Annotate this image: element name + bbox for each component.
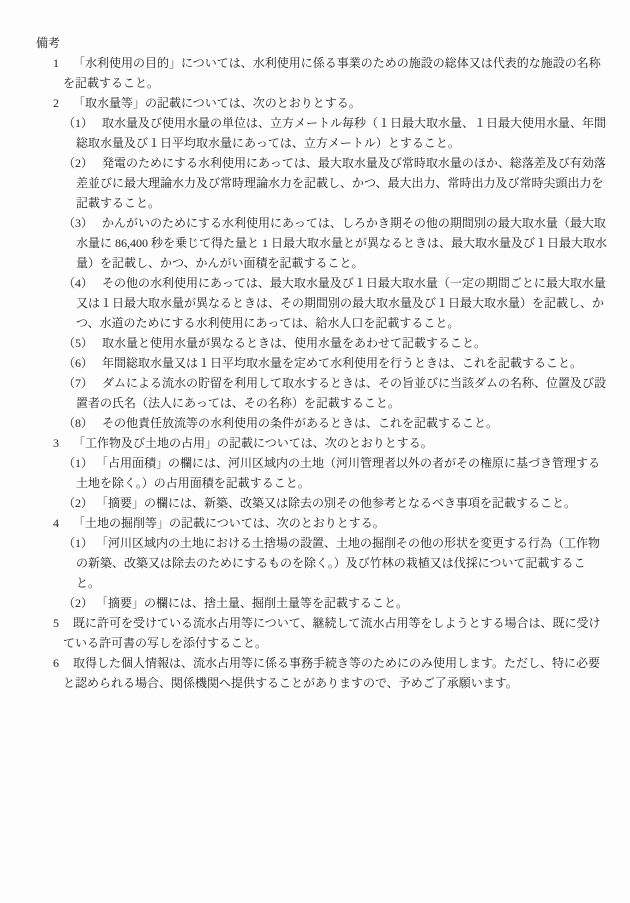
sub-item-number: （4） [63, 276, 93, 290]
sub-item-text: 「摘要」の欄には、新築、改築又は除去の別その他参考となるべき事項を記載すること。 [102, 496, 576, 510]
item-number: 3 [53, 436, 59, 450]
sub-item-3-1: （1）「占用面積」の欄には、河川区域内の土地（河川管理者以外の者がその権原に基づ… [36, 453, 608, 493]
sub-item-text: 発電のためにする水利使用にあっては、最大取水量及び常時取水量のほか、総落差及び有… [76, 156, 606, 210]
sub-item-text: 「占用面積」の欄には、河川区域内の土地（河川管理者以外の者がその権原に基づき管理… [76, 456, 600, 490]
item-text: 「水利使用の目的」については、水利使用に係る事業のための施設の総体又は代表的な施… [63, 56, 601, 90]
note-item-3: 3「工作物及び土地の占用」の記載については、次のとおりとする。 [36, 433, 608, 453]
sub-item-2-1: （1）取水量及び使用水量の単位は、立方メートル毎秒（１日最大取水量、１日最大使用… [36, 113, 608, 153]
sub-item-number: （7） [63, 376, 93, 390]
note-item-1: 1「水利使用の目的」については、水利使用に係る事業のための施設の総体又は代表的な… [36, 53, 608, 93]
note-item-2: 2「取水量等」の記載については、次のとおりとする。 [36, 93, 608, 113]
note-item-6: 6取得した個人情報は、流水占用等に係る事務手続き等のためにのみ使用します。ただし… [36, 653, 608, 693]
remarks-heading: 備考 [36, 33, 608, 53]
sub-item-text: 「河川区域内の土地における土捨場の設置、土地の掘削その他の形状を変更する行為（工… [76, 536, 600, 590]
sub-item-number: （2） [63, 156, 93, 170]
sub-item-text: 取水量及び使用水量の単位は、立方メートル毎秒（１日最大取水量、１日最大使用水量、… [76, 116, 606, 150]
note-item-4: 4「土地の掘削等」の記載については、次のとおりとする。 [36, 513, 608, 533]
sub-item-4-2: （2）「摘要」の欄には、捨土量、掘削土量等を記載すること。 [36, 593, 608, 613]
item-number: 1 [53, 56, 59, 70]
sub-item-2-3: （3）かんがいのためにする水利使用にあっては、しろかき期その他の期間別の最大取水… [36, 213, 608, 273]
sub-item-text: 「摘要」の欄には、捨土量、掘削土量等を記載すること。 [102, 596, 408, 610]
sub-item-text: 取水量と使用水量が異なるときは、使用水量をあわせて記載すること。 [102, 336, 486, 350]
item-text: 取得した個人情報は、流水占用等に係る事務手続き等のためにのみ使用します。ただし、… [63, 656, 600, 690]
sub-item-number: （8） [63, 416, 93, 430]
sub-item-number: （2） [63, 496, 93, 510]
sub-item-text: 年間総取水量又は１日平均取水量を定めて水利使用を行うときは、これを記載すること。 [102, 356, 582, 370]
sub-item-number: （2） [63, 596, 93, 610]
sub-item-number: （6） [63, 356, 93, 370]
item-text: 「取水量等」の記載については、次のとおりとする。 [73, 96, 361, 110]
sub-item-text: その他の水利使用にあっては、最大取水量及び１日最大取水量（一定の期間ごとに最大取… [76, 276, 606, 330]
sub-item-2-4: （4）その他の水利使用にあっては、最大取水量及び１日最大取水量（一定の期間ごとに… [36, 273, 608, 333]
sub-item-2-5: （5）取水量と使用水量が異なるときは、使用水量をあわせて記載すること。 [36, 333, 608, 353]
sub-item-number: （1） [63, 536, 93, 550]
document-page: 備考 1「水利使用の目的」については、水利使用に係る事業のための施設の総体又は代… [0, 0, 630, 903]
sub-item-number: （3） [63, 216, 93, 230]
sub-item-2-6: （6）年間総取水量又は１日平均取水量を定めて水利使用を行うときは、これを記載する… [36, 353, 608, 373]
item-number: 6 [53, 656, 59, 670]
item-number: 5 [53, 616, 59, 630]
item-text: 「土地の掘削等」の記載については、次のとおりとする。 [73, 516, 385, 530]
sub-item-text: その他責任放流等の水利使用の条件があるときは、これを記載すること。 [102, 416, 498, 430]
item-number: 2 [53, 96, 59, 110]
item-text: 既に許可を受けている流水占用等について、継続して流水占用等をしようとする場合は、… [63, 616, 601, 650]
sub-item-number: （1） [63, 116, 93, 130]
sub-item-3-2: （2）「摘要」の欄には、新築、改築又は除去の別その他参考となるべき事項を記載する… [36, 493, 608, 513]
sub-item-4-1: （1）「河川区域内の土地における土捨場の設置、土地の掘削その他の形状を変更する行… [36, 533, 608, 593]
sub-item-text: ダムによる流水の貯留を利用して取水するときは、その旨並びに当該ダムの名称、位置及… [76, 376, 606, 410]
sub-item-text: かんがいのためにする水利使用にあっては、しろかき期その他の期間別の最大取水量（最… [76, 216, 607, 270]
item-text: 「工作物及び土地の占用」の記載については、次のとおりとする。 [73, 436, 433, 450]
sub-item-2-8: （8）その他責任放流等の水利使用の条件があるときは、これを記載すること。 [36, 413, 608, 433]
sub-item-2-7: （7）ダムによる流水の貯留を利用して取水するときは、その旨並びに当該ダムの名称、… [36, 373, 608, 413]
item-number: 4 [53, 516, 59, 530]
sub-item-2-2: （2）発電のためにする水利使用にあっては、最大取水量及び常時取水量のほか、総落差… [36, 153, 608, 213]
sub-item-number: （1） [63, 456, 93, 470]
sub-item-number: （5） [63, 336, 93, 350]
note-item-5: 5既に許可を受けている流水占用等について、継続して流水占用等をしようとする場合は… [36, 613, 608, 653]
